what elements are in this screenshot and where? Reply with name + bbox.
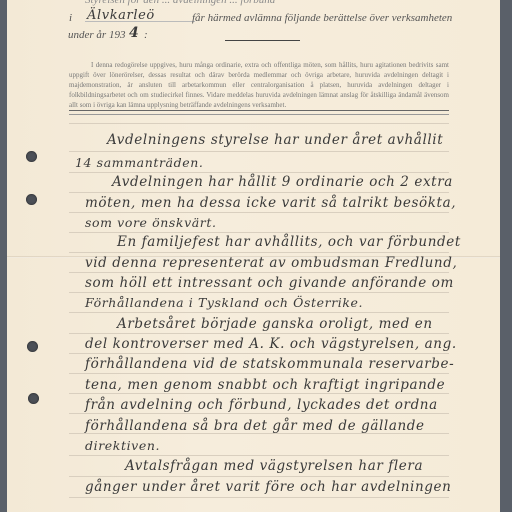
handwritten-line: Arbetsåret började ganska oroligt, med e… [117, 316, 433, 332]
punch-hole-icon [27, 341, 38, 352]
place-handwritten: Älvkarleö [87, 8, 155, 23]
handwritten-line: möten, men ha dessa icke varit så talrik… [85, 195, 456, 211]
punch-hole-icon [26, 194, 37, 205]
ruled-line [69, 212, 449, 213]
ruled-line [69, 312, 449, 313]
ruled-line [69, 272, 449, 273]
ruled-line [69, 373, 449, 374]
punch-hole-icon [28, 393, 39, 404]
year-handwritten: 4 [129, 25, 139, 41]
header-line-1: Styrelsen för den ... avdelningen ... fö… [85, 0, 275, 6]
handwritten-line: från avdelning och förbund, lyckades det… [85, 397, 438, 413]
ruled-line [69, 476, 449, 477]
ruled-line [69, 123, 449, 124]
handwritten-line: del kontroverser med A. K. och vägstyrel… [85, 336, 457, 352]
ruled-line [69, 413, 449, 414]
ruled-line [69, 192, 449, 193]
handwritten-line: Avdelningen har hållit 9 ordinarie och 2… [112, 174, 453, 190]
ruled-line [69, 333, 449, 334]
document-page: Styrelsen för den ... avdelningen ... fö… [7, 0, 500, 512]
handwritten-line: Förhållandena i Tyskland och Österrike. [85, 295, 363, 310]
handwritten-line: tena, men genom snabbt och kraftigt ingr… [85, 377, 445, 393]
header-line-2-prefix: i [69, 12, 72, 24]
header-line-3-suffix: : [144, 29, 148, 41]
ruled-line [69, 232, 449, 233]
ruled-line [69, 393, 449, 394]
ruled-line [69, 497, 449, 498]
handwritten-line: Avdelningens styrelse har under året avh… [107, 132, 443, 148]
ruled-line [69, 292, 449, 293]
handwritten-line: förhållandena vid de statskommunala rese… [85, 356, 454, 372]
ruled-line [69, 353, 449, 354]
ruled-line [69, 455, 449, 456]
header-line-2-suffix: får härmed avlämna följande berättelse ö… [192, 12, 452, 24]
ruled-line [69, 252, 449, 253]
instructions-paragraph: I denna redogörelse uppgives, huru många… [69, 60, 449, 110]
header-line-3-prefix: under år 193 [68, 29, 125, 41]
header-divider [225, 40, 300, 41]
ruled-line [69, 151, 449, 152]
punch-hole-icon [26, 151, 37, 162]
handwritten-line: som höll ett intressant och givande anfö… [85, 275, 454, 291]
handwritten-line: förhållandena så bra det går med de gäll… [85, 418, 425, 434]
handwritten-line: direktiven. [85, 438, 160, 453]
handwritten-line: En familjefest har avhållits, och var fö… [117, 234, 461, 250]
handwritten-line: Avtalsfrågan med vägstyrelsen har flera [125, 458, 423, 474]
handwritten-line: gånger under året varit före och har avd… [85, 479, 451, 495]
ruled-line [69, 172, 449, 173]
instructions-double-rule [69, 110, 449, 115]
handwritten-line: 14 sammanträden. [75, 155, 203, 170]
handwritten-line: vid denna representerat av ombudsman Fre… [85, 255, 457, 271]
handwritten-line: som vore önskvärt. [85, 215, 217, 230]
